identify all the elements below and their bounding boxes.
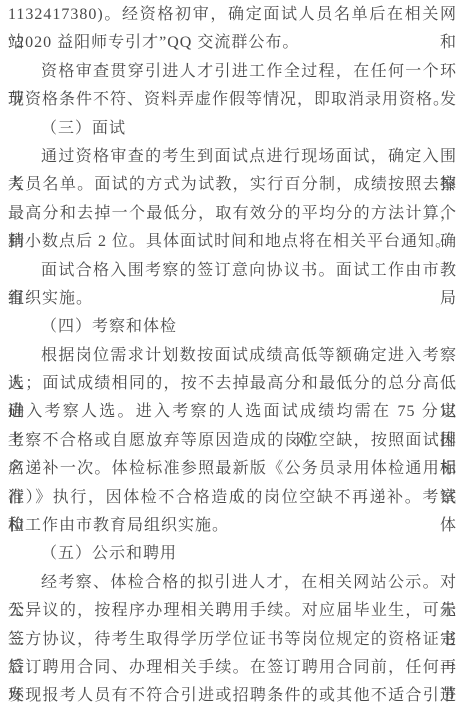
document-body: 1132417380)。经资格初审，确定面试人员名单后在相关网站和“2020 益… [8,1,457,711]
text-line: 无异议的，按程序办理相关聘用手续。对应届毕业生，可先签定 [8,597,457,625]
text-line: 1132417380)。经资格初审，确定面试人员名单后在相关网站和 [8,1,457,29]
text-line: 到小数点后 2 位。具体面试时间和地点将在相关平台通知。 [8,228,457,256]
text-line: 根据岗位需求计划数按面试成绩高低等额确定进入考察人 [8,342,457,370]
text-line: （三）面试 [8,115,457,143]
text-line: 进入考察人选。进入考察的人选面试成绩均需在 75 分以上。对因 [8,398,457,426]
text-line: 签订聘用合同、办理相关手续。在签订聘用合同前，任何一环节 [8,654,457,682]
text-line: 选；面试成绩相同的，按不去掉最高分和最低分的总分高低确定 [8,370,457,398]
text-line: 最高分和去掉一个最低分，取有效分的平均分的方法计算，精确 [8,200,457,228]
text-line: 人员名单。面试的方式为试教，实行百分制，成绩按照去掉一个 [8,171,457,199]
text-line: 通过资格审查的考生到面试点进行现场面试，确定入围考察 [8,143,457,171]
text-line: 现资格条件不符、资料弄虚作假等情况，即取消录用资格。 [8,86,457,114]
text-line: 发现报考人员有不符合引进或招聘条件的或其他不适合引进的情 [8,682,457,710]
text-line: 面试合格入围考察的签订意向协议书。面试工作由市教育局 [8,257,457,285]
text-line: 经考察、体检合格的拟引进人才，在相关网站公示。对公示 [8,569,457,597]
text-line: 资格审查贯穿引进人才引进工作全过程，在任何一个环节发 [8,58,457,86]
text-line: 行）》执行，因体检不合格造成的岗位空缺不再递补。考察和体 [8,484,457,512]
text-line: 应递补一次。体检标准参照最新版《公务员录用体检通用标准（试 [8,455,457,483]
text-line: 考察不合格或自愿放弃等原因造成的岗位空缺，按照面试排名相 [8,427,457,455]
document-page: 1132417380)。经资格初审，确定面试人员名单后在相关网站和“2020 益… [0,0,468,711]
text-line: 三方协议，待考生取得学历学位证书等岗位规定的资格证书后再 [8,626,457,654]
text-line: （五）公示和聘用 [8,540,457,568]
text-line: （四）考察和体检 [8,313,457,341]
